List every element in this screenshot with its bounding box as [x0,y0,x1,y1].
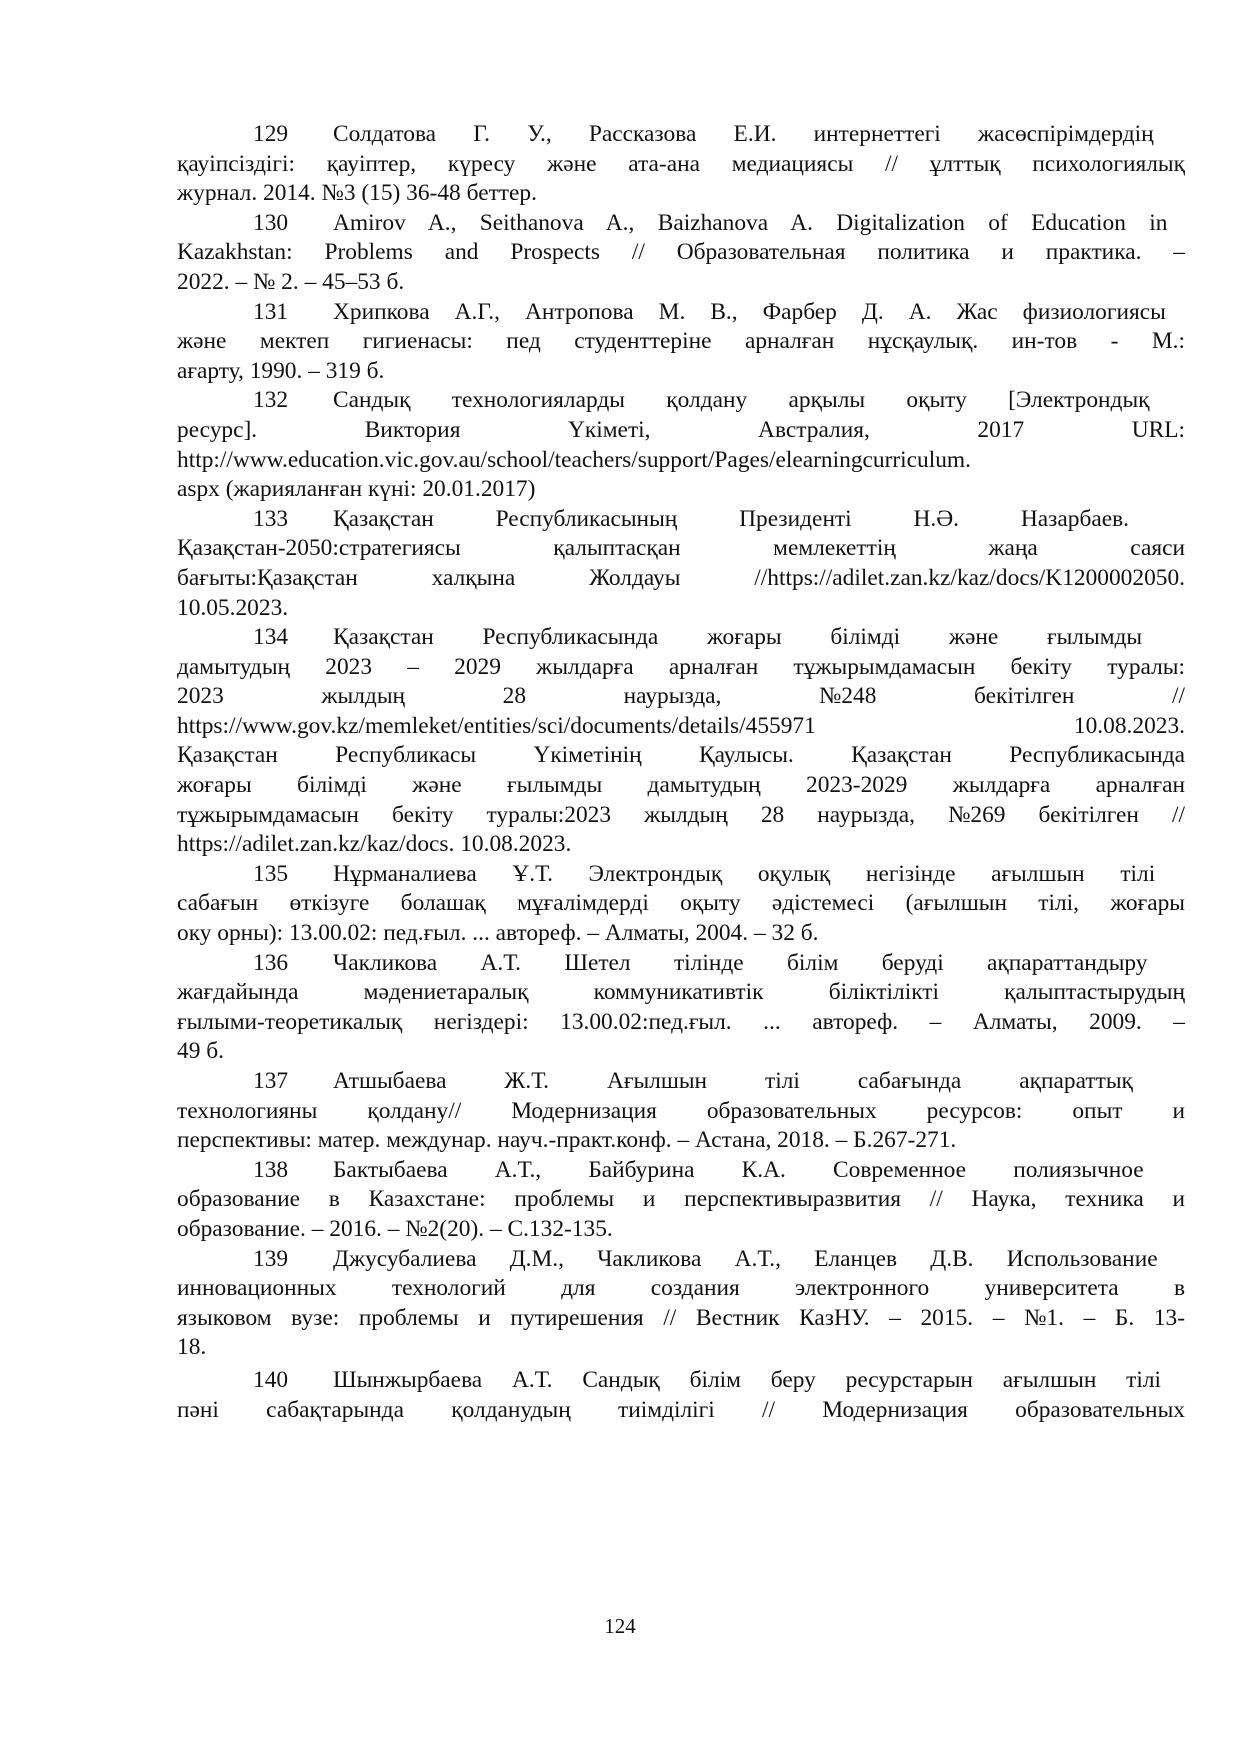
reference-text: Чакликова А.Т. Шетел тілінде білім беруд… [333,950,1148,976]
reference-number: 130 [253,209,333,239]
reference-text: 2022. – № 2. – 45–53 б. [177,269,404,295]
reference-first-line: 136Чакликова А.Т. Шетел тілінде білім бе… [177,949,1185,979]
reference-text: бағыты:Қазақстан халқына Жолдауы //https… [177,565,1185,591]
reference-text: Kazakhstan: Problems and Prospects // Об… [177,239,1185,265]
reference-text: 2023 жылдың 28 наурызда, №248 бекітілген… [177,683,1185,709]
reference-text: Қазақстан-2050:стратегиясы қалыптасқан м… [177,535,1185,561]
reference-first-line: 138Бактыбаева А.Т., Байбурина К.А. Совре… [177,1156,1185,1186]
reference-text: оку орны): 13.00.02: пед.ғыл. ... авторе… [177,920,818,946]
reference-text: ғылыми-теоретикалық негіздері: 13.00.02:… [177,1009,1185,1035]
reference-line: 18. [177,1333,1185,1363]
reference-number: 140 [253,1366,333,1396]
reference-text: ағарту, 1990. – 319 б. [177,358,384,384]
reference-text: языковом вузе: проблемы и путирешения //… [177,1305,1185,1331]
reference-line: перспективы: матер. междунар. науч.-прак… [177,1126,1185,1156]
reference-first-line: 129Солдатова Г. У., Рассказова Е.И. инте… [177,120,1185,150]
reference-line: 2022. – № 2. – 45–53 б. [177,268,1185,298]
reference-text: технологияны қолдану// Модернизация обра… [177,1098,1185,1124]
reference-text: 18. [177,1334,206,1360]
reference-text: образование. – 2016. – №2(20). – С.132-1… [177,1216,613,1242]
reference-line: ресурс]. Виктория Үкіметі, Австралия, 20… [177,416,1185,446]
reference-text: https://www.gov.kz/memleket/entities/sci… [177,713,1185,739]
reference-entry: 137Атшыбаева Ж.Т. Ағылшын тілі сабағында… [177,1067,1185,1156]
reference-number: 139 [253,1245,333,1275]
reference-line: жағдайында мәдениетаралық коммуникативті… [177,978,1185,1008]
page-number: 124 [0,1614,1240,1639]
reference-entry: 140Шынжырбаева А.Т. Сандық білім беру ре… [177,1366,1185,1425]
reference-entry: 129Солдатова Г. У., Рассказова Е.И. инте… [177,120,1185,209]
reference-first-line: 130Amirov A., Seithanova A., Baizhanova … [177,209,1185,239]
reference-line: https://www.gov.kz/memleket/entities/sci… [177,712,1185,742]
reference-line: http://www.education.vic.gov.au/school/t… [177,446,1185,476]
reference-entry: 134Қазақстан Республикасында жоғары білі… [177,623,1185,860]
reference-first-line: 135Нұрманалиева Ұ.Т. Электрондық оқулық … [177,860,1185,890]
reference-line: 10.05.2023. [177,594,1185,624]
reference-line: https://adilet.zan.kz/kaz/docs. 10.08.20… [177,830,1185,860]
reference-number: 137 [253,1067,333,1097]
reference-text: Нұрманалиева Ұ.Т. Электрондық оқулық нег… [333,861,1155,887]
reference-line: aspx (жарияланған күні: 20.01.2017) [177,475,1185,505]
reference-text: http://www.education.vic.gov.au/school/t… [177,447,971,473]
reference-entry: 132Сандық технологияларды қолдану арқылы… [177,386,1185,504]
reference-line: ғылыми-теоретикалық негіздері: 13.00.02:… [177,1008,1185,1038]
reference-text: https://adilet.zan.kz/kaz/docs. 10.08.20… [177,831,571,857]
reference-first-line: 140Шынжырбаева А.Т. Сандық білім беру ре… [177,1366,1185,1396]
reference-number: 129 [253,120,333,150]
reference-line: языковом вузе: проблемы и путирешения //… [177,1304,1185,1334]
reference-entry: 130Amirov A., Seithanova A., Baizhanova … [177,209,1185,298]
reference-text: жоғары білімді және ғылымды дамытудың 20… [177,772,1185,798]
reference-first-line: 131Хрипкова А.Г., Антропова М. В., Фарбе… [177,298,1185,328]
reference-line: оку орны): 13.00.02: пед.ғыл. ... авторе… [177,919,1185,949]
reference-number: 133 [253,505,333,535]
reference-text: Шынжырбаева А.Т. Сандық білім беру ресур… [333,1367,1161,1393]
reference-line: 2023 жылдың 28 наурызда, №248 бекітілген… [177,682,1185,712]
reference-line: образование. – 2016. – №2(20). – С.132-1… [177,1215,1185,1245]
reference-first-line: 132Сандық технологияларды қолдану арқылы… [177,386,1185,416]
reference-line: бағыты:Қазақстан халқына Жолдауы //https… [177,564,1185,594]
reference-first-line: 137Атшыбаева Ж.Т. Ағылшын тілі сабағында… [177,1067,1185,1097]
reference-number: 135 [253,860,333,890]
reference-text: инновационных технологий для создания эл… [177,1275,1185,1301]
reference-number: 134 [253,623,333,653]
reference-text: және мектеп гигиенасы: пед студенттеріне… [177,328,1185,354]
reference-text: Қазақстан Республикасының Президенті Н.Ә… [333,506,1129,532]
reference-text: Amirov A., Seithanova A., Baizhanova A. … [333,210,1167,236]
reference-text: ресурс]. Виктория Үкіметі, Австралия, 20… [177,417,1185,443]
reference-line: сабағын өткізуге болашақ мұғалімдерді оқ… [177,889,1185,919]
reference-line: және мектеп гигиенасы: пед студенттеріне… [177,327,1185,357]
reference-first-line: 139Джусубалиева Д.М., Чакликова А.Т., Ел… [177,1245,1185,1275]
reference-text: Қазақстан Республикасында жоғары білімді… [333,624,1142,650]
reference-text: Сандық технологияларды қолдану арқылы оқ… [333,387,1150,413]
reference-line: технологияны қолдану// Модернизация обра… [177,1097,1185,1127]
reference-number: 138 [253,1156,333,1186]
reference-line: дамытудың 2023 – 2029 жылдарға арналған … [177,653,1185,683]
reference-text: журнал. 2014. №3 (15) 36-48 беттер. [177,180,537,206]
reference-line: Қазақстан-2050:стратегиясы қалыптасқан м… [177,534,1185,564]
reference-line: инновационных технологий для создания эл… [177,1274,1185,1304]
reference-line: Kazakhstan: Problems and Prospects // Об… [177,238,1185,268]
reference-line: журнал. 2014. №3 (15) 36-48 беттер. [177,179,1185,209]
reference-text: тұжырымдамасын бекіту туралы:2023 жылдың… [177,802,1185,828]
reference-text: сабағын өткізуге болашақ мұғалімдерді оқ… [177,890,1185,916]
reference-text: пәні сабақтарында қолданудың тиімділігі … [177,1397,1185,1423]
reference-text: жағдайында мәдениетаралық коммуникативті… [177,979,1185,1005]
reference-line: тұжырымдамасын бекіту туралы:2023 жылдың… [177,801,1185,831]
reference-text: Қазақстан Республикасы Үкіметінің Қаулыс… [177,742,1185,768]
reference-first-line: 134Қазақстан Республикасында жоғары білі… [177,623,1185,653]
reference-text: Джусубалиева Д.М., Чакликова А.Т., Еланц… [333,1246,1158,1272]
reference-line: 49 б. [177,1037,1185,1067]
reference-text: дамытудың 2023 – 2029 жылдарға арналған … [177,654,1185,680]
reference-line: образование в Казахстане: проблемы и пер… [177,1185,1185,1215]
reference-entry: 131Хрипкова А.Г., Антропова М. В., Фарбе… [177,298,1185,387]
reference-line: пәні сабақтарында қолданудың тиімділігі … [177,1396,1185,1426]
reference-text: Хрипкова А.Г., Антропова М. В., Фарбер Д… [333,299,1166,325]
reference-line: ағарту, 1990. – 319 б. [177,357,1185,387]
reference-entry: 133Қазақстан Республикасының Президенті … [177,505,1185,623]
reference-list: 129Солдатова Г. У., Рассказова Е.И. инте… [177,120,1185,1425]
reference-number: 136 [253,949,333,979]
reference-text: Атшыбаева Ж.Т. Ағылшын тілі сабағында ақ… [333,1068,1133,1094]
reference-text: aspx (жарияланған күні: 20.01.2017) [177,476,535,502]
reference-line: жоғары білімді және ғылымды дамытудың 20… [177,771,1185,801]
reference-text: Солдатова Г. У., Рассказова Е.И. интерне… [333,121,1154,147]
reference-line: қауіпсіздігі: қауіптер, күресу және ата-… [177,150,1185,180]
reference-line: Қазақстан Республикасы Үкіметінің Қаулыс… [177,741,1185,771]
reference-number: 131 [253,298,333,328]
reference-text: перспективы: матер. междунар. науч.-прак… [177,1127,956,1153]
reference-entry: 138Бактыбаева А.Т., Байбурина К.А. Совре… [177,1156,1185,1245]
reference-text: 10.05.2023. [177,595,288,621]
reference-entry: 136Чакликова А.Т. Шетел тілінде білім бе… [177,949,1185,1067]
reference-text: қауіпсіздігі: қауіптер, күресу және ата-… [177,151,1185,177]
reference-first-line: 133Қазақстан Республикасының Президенті … [177,505,1185,535]
reference-number: 132 [253,386,333,416]
reference-entry: 139Джусубалиева Д.М., Чакликова А.Т., Ел… [177,1245,1185,1363]
reference-text: Бактыбаева А.Т., Байбурина К.А. Современ… [333,1157,1144,1183]
reference-text: 49 б. [177,1038,224,1064]
reference-text: образование в Казахстане: проблемы и пер… [177,1186,1185,1212]
reference-entry: 135Нұрманалиева Ұ.Т. Электрондық оқулық … [177,860,1185,949]
